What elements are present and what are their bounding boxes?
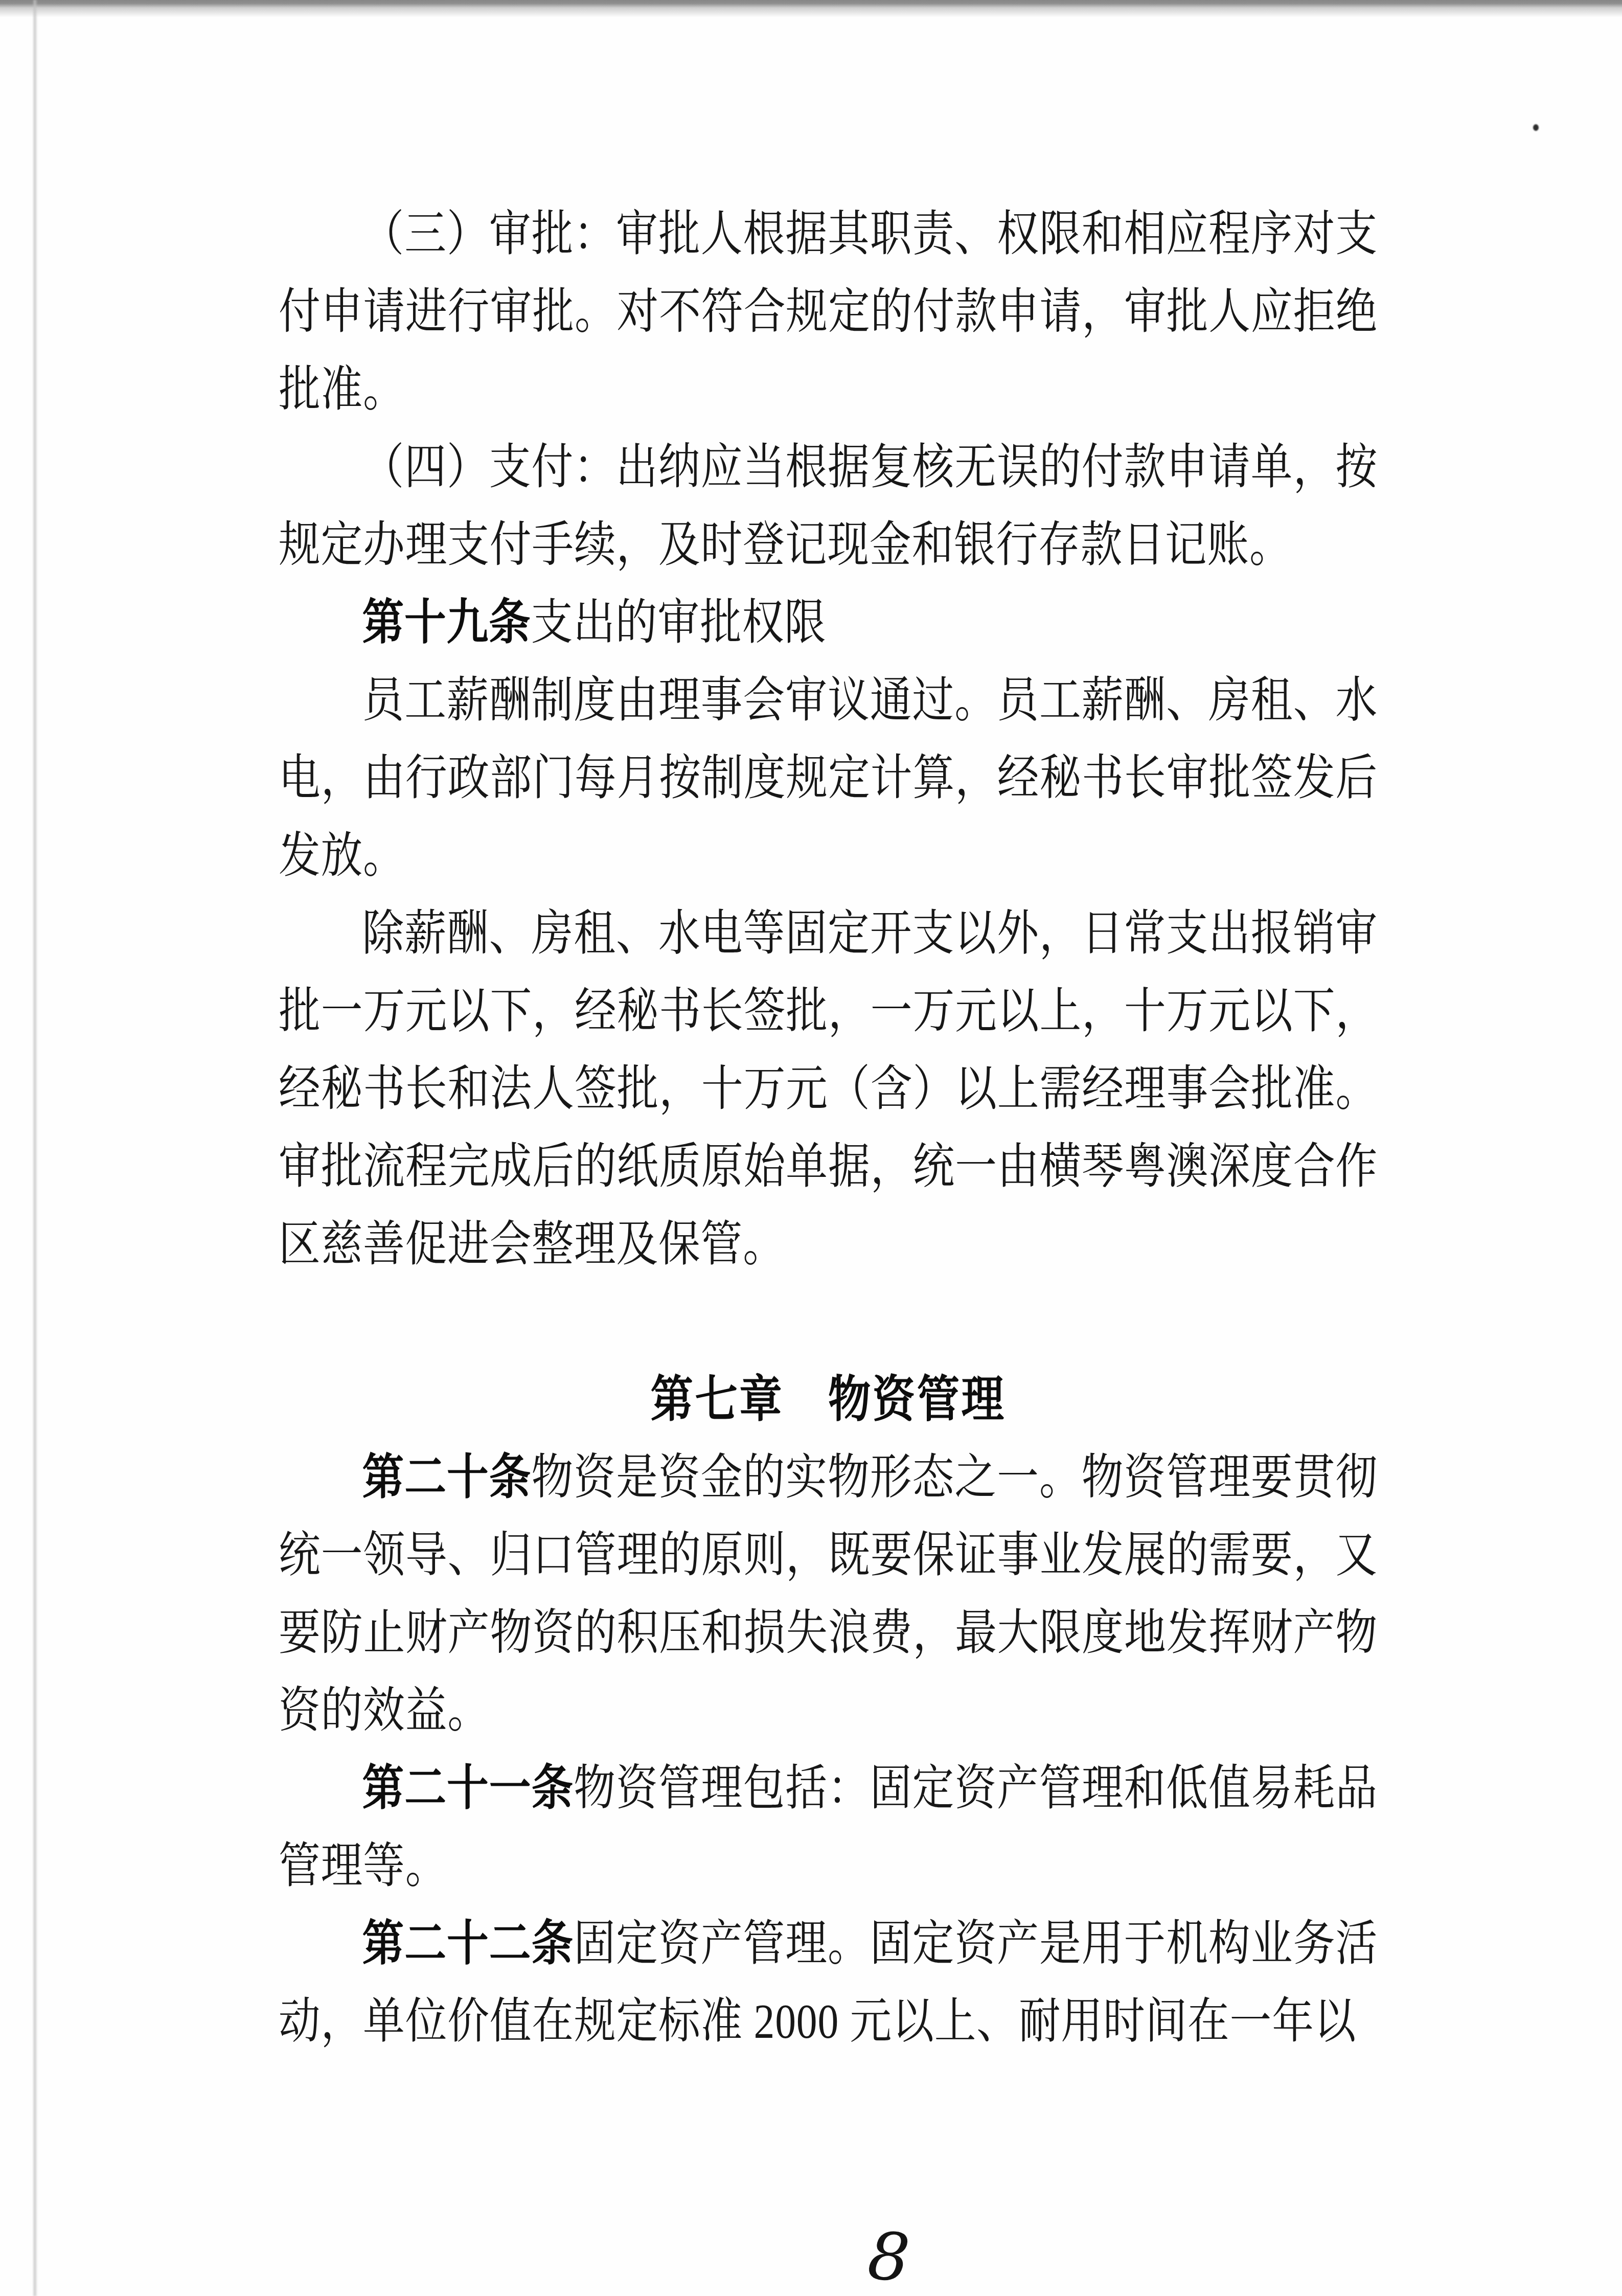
- ink-dot: [1533, 124, 1539, 131]
- scan-edge-top: [0, 0, 1622, 17]
- chapter-heading: 第七章 物资管理: [279, 1361, 1378, 1439]
- paragraph: 第十九条支出的审批权限: [279, 584, 1378, 662]
- clause-number: 第十九条: [362, 596, 531, 650]
- document-body: （三）审批：审批人根据其职责、权限和相应程序对支付申请进行审批。对不符合规定的付…: [279, 195, 1378, 2060]
- clause-number: 第二十二条: [362, 1917, 574, 1971]
- paragraph-text: 支出的审批权限: [531, 596, 827, 650]
- paragraph-text: 除薪酬、房租、水电等固定开支以外，日常支出报销审批一万元以下，经秘书长签批，一万…: [279, 906, 1378, 1271]
- paragraph: 第二十二条固定资产管理。固定资产是用于机构业务活动，单位价值在规定标准 2000…: [279, 1905, 1378, 2060]
- paragraph: 员工薪酬制度由理事会审议通过。员工薪酬、房租、水电，由行政部门每月按制度规定计算…: [279, 662, 1378, 895]
- paragraph: （三）审批：审批人根据其职责、权限和相应程序对支付申请进行审批。对不符合规定的付…: [279, 195, 1378, 428]
- paragraph-text: （三）审批：审批人根据其职责、权限和相应程序对支付申请进行审批。对不符合规定的付…: [279, 207, 1378, 417]
- document-page: （三）审批：审批人根据其职责、权限和相应程序对支付申请进行审批。对不符合规定的付…: [0, 0, 1622, 2296]
- paragraph: 第二十条物资是资金的实物形态之一。物资管理要贯彻统一领导、归口管理的原则，既要保…: [279, 1439, 1378, 1749]
- page-number: 8: [866, 2223, 912, 2291]
- paragraph: 第二十一条物资管理包括：固定资产管理和低值易耗品管理等。: [279, 1749, 1378, 1905]
- paragraph: 除薪酬、房租、水电等固定开支以外，日常支出报销审批一万元以下，经秘书长签批，一万…: [279, 895, 1378, 1283]
- paragraph-text: （四）支付：出纳应当根据复核无误的付款申请单，按规定办理支付手续，及时登记现金和…: [279, 440, 1378, 572]
- scan-edge-left: [32, 0, 38, 2296]
- clause-number: 第二十一条: [362, 1761, 574, 1815]
- clause-number: 第二十条: [362, 1450, 531, 1505]
- paragraph: （四）支付：出纳应当根据复核无误的付款申请单，按规定办理支付手续，及时登记现金和…: [279, 428, 1378, 584]
- paragraph-text: 员工薪酬制度由理事会审议通过。员工薪酬、房租、水电，由行政部门每月按制度规定计算…: [279, 673, 1378, 883]
